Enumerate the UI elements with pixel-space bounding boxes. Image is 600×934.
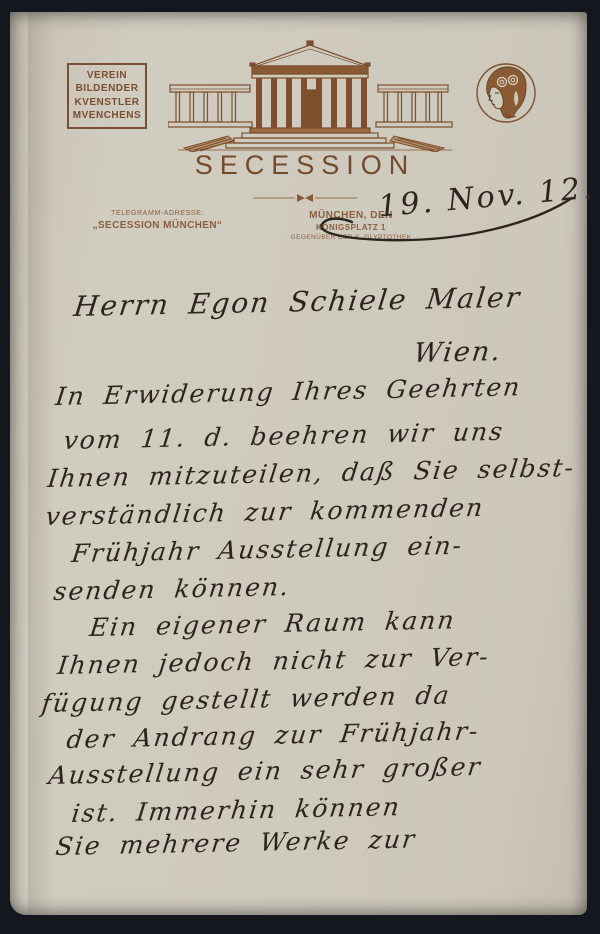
handwriting-line: ist. Immerhin können [70,792,403,828]
handwriting-line: senden können. [52,572,292,606]
handwriting-line: Ihnen mitzuteilen, daß Sie selbst- [46,453,577,493]
handwriting-line: Wien. [412,336,504,369]
handwriting-line: Ein eigener Raum kann [88,605,457,642]
badge-line: MVENCHENS [73,111,141,122]
association-badge: VEREIN BILDENDER KVENSTLER MVENCHENS [67,63,147,129]
handwriting-line: vom 11. d. beehren wir uns [62,417,506,455]
handwriting-line: Ihnen jedoch nicht zur Ver- [56,642,492,680]
secession-title: SECESSION [150,150,460,181]
letter-paper: VEREIN BILDENDER KVENSTLER MVENCHENS [10,12,587,915]
handwriting-line: In Erwiderung Ihres Geehrten [54,372,523,411]
badge-line: KVENSTLER [74,98,139,109]
address-line-2: GEGENÜBER DER K. GLYPTOTHEK [266,234,436,241]
handwriting-line: der Andrang zur Frühjahr- [65,716,481,754]
handwriting-line: Ausstellung ein sehr großer [47,752,483,790]
bowtie-divider-icon [253,192,357,204]
handwriting-line: fügung gestellt werden da [40,680,452,718]
badge-line: BILDENDER [76,84,139,95]
athena-head-icon [472,55,540,131]
photographed-letter: VEREIN BILDENDER KVENSTLER MVENCHENS [0,0,600,934]
address-line-1: KÖNIGSPLATZ 1 [266,223,436,232]
telegram-address-block: TELEGRAMM-ADRESSE: „SECESSION MÜNCHEN“ [55,210,260,231]
handwriting-line: Frühjahr Ausstellung ein- [70,531,465,568]
telegram-label: TELEGRAMM-ADRESSE: [55,210,260,217]
handwriting-line: Sie mehrere Werke zur [54,824,418,861]
propylaea-building-icon [168,40,460,152]
handwriting-line: Herrn Egon Schiele Maler [72,281,523,323]
telegram-value: „SECESSION MÜNCHEN“ [55,220,260,231]
badge-line: VEREIN [87,71,127,82]
handwriting-line: verständlich zur kommenden [44,493,486,531]
